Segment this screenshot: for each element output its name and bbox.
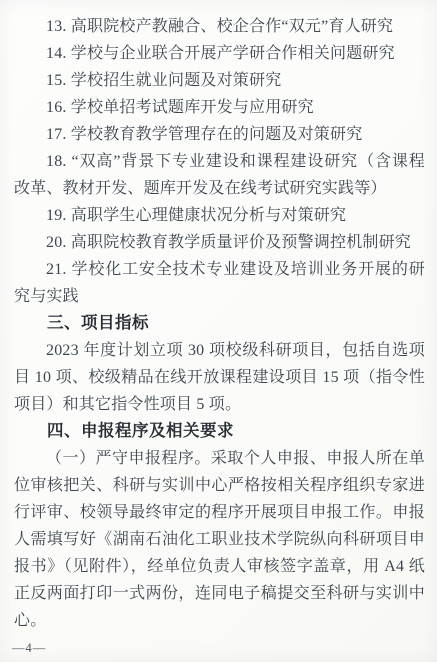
page-number: —4— <box>12 641 46 655</box>
research-topic-20: 20. 高职院校教育教学质量评价及预警调控机制研究 <box>14 229 425 256</box>
project-targets-paragraph: 2023 年度计划立项 30 项校级科研项目，包括自选项目 10 项、校级精品在… <box>14 337 425 418</box>
research-topic-18: 18. “双高”背景下专业建设和课程建设研究（含课程改革、教材开发、题库开发及在… <box>14 148 425 202</box>
research-topic-13: 13. 高职院校产教融合、校企合作“双元”育人研究 <box>14 13 425 40</box>
document-body: 13. 高职院校产教融合、校企合作“双元”育人研究 14. 学校与企业联合开展产… <box>14 13 425 634</box>
research-topic-17: 17. 学校教育教学管理存在的问题及对策研究 <box>14 121 425 148</box>
research-topic-16: 16. 学校单招考试题库开发与应用研究 <box>14 94 425 121</box>
application-procedure-paragraph: （一）严守申报程序。采取个人申报、申报人所在单位审核把关、科研与实训中心严格按相… <box>14 445 425 634</box>
research-topic-19: 19. 高职学生心理健康状况分析与对策研究 <box>14 202 425 229</box>
section-heading-application-procedure: 四、申报程序及相关要求 <box>14 418 425 445</box>
research-topic-14: 14. 学校与企业联合开展产学研合作相关问题研究 <box>14 40 425 67</box>
research-topic-15: 15. 学校招生就业问题及对策研究 <box>14 67 425 94</box>
research-topic-21: 21. 学校化工安全技术专业建设及培训业务开展的研究与实践 <box>14 256 425 310</box>
document-page: 13. 高职院校产教融合、校企合作“双元”育人研究 14. 学校与企业联合开展产… <box>0 0 437 662</box>
section-heading-project-targets: 三、项目指标 <box>14 310 425 337</box>
